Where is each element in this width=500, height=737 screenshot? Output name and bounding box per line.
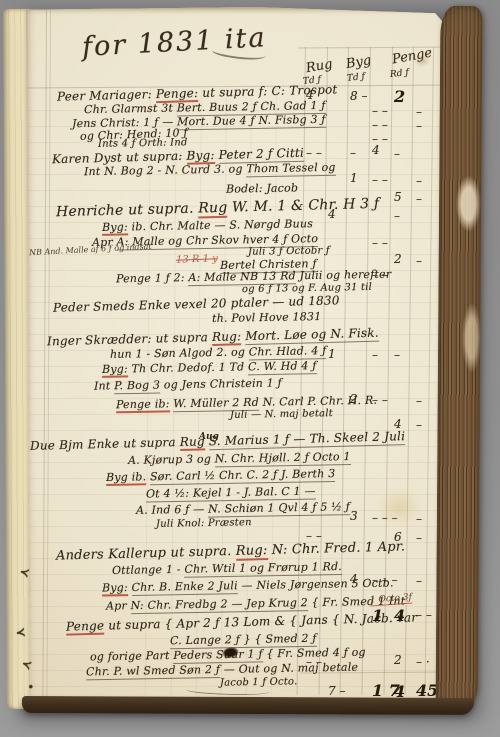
- entry-text: N. Carl P. Chr. H. R.: [259, 394, 377, 409]
- ledger-book: for 1831 ita 74 Rug Byg Penge Td ƒ Td ƒ …: [0, 0, 500, 737]
- ledger-entry-line: C. Lange 2 ƒ } { Smed 2 ƒ: [170, 632, 317, 648]
- foxing-spot: [414, 55, 430, 67]
- column-amount: – ·: [416, 655, 430, 669]
- column-amount: –: [416, 531, 422, 545]
- ledger-entry-line: th. Povl Hove 1831: [212, 310, 322, 325]
- column-amount: – –: [372, 236, 388, 250]
- entry-text: N. Chr. Hjøll. 2 ƒ Octo 1: [215, 450, 351, 467]
- ledger-entry-line: A. Kjørup 3 og N. Chr. Hjøll. 2 ƒ Octo 1: [128, 450, 351, 467]
- red-underlined-word: Rug:: [212, 329, 242, 346]
- entry-text: th. Povl Hove 1831: [212, 310, 322, 325]
- column-amount: 4: [350, 572, 358, 586]
- ledger-entry-line: Juli — N. maj betalt: [230, 408, 333, 421]
- ledger-entry-line: Ot 4 ½: Kejel 1 - J. Bal. C 1 —: [146, 485, 316, 501]
- column-amount: –: [416, 119, 422, 133]
- column-amount: –: [394, 348, 400, 362]
- column-amount: – –: [306, 146, 322, 160]
- column-amount: 2: [394, 653, 402, 667]
- column-amount: –: [416, 105, 422, 119]
- entry-text: Chr. B. Enke 2 Juli: [131, 579, 237, 596]
- column-units-penge: Rd ƒ: [390, 68, 410, 80]
- entry-text: Mort. Due 4 ƒ N. Fisbg 3 ƒ: [177, 113, 326, 131]
- column-amount: 2: [394, 252, 402, 266]
- aug-superscript-note: Aug: [199, 432, 219, 442]
- entry-text: — Niels Jørgensen 5 Octb.: [238, 576, 394, 592]
- column-amount: 3: [350, 509, 358, 523]
- entry-text: Juli — N. maj betalt: [230, 408, 333, 421]
- paper-stain: [376, 487, 422, 527]
- column-units-byg: Td ƒ: [347, 72, 366, 84]
- entry-text: Chr. P. wl Smed Søn 2 ƒ: [86, 663, 220, 680]
- ledger-entry-line: hun 1 - Søn Algod 2. og Chr. Hlad. 4 ƒ: [110, 344, 327, 361]
- book-bottom-edge: [22, 696, 474, 715]
- column-amount: 4: [328, 207, 336, 221]
- column-amount: –: [372, 348, 378, 362]
- column-amount: –: [394, 209, 400, 223]
- column-amount: – –: [306, 655, 322, 669]
- ledger-entry-line: Byg ib. Sør. Carl ½ Chr. C. 2 ƒ J. Berth…: [106, 467, 336, 484]
- ledger-page: for 1831 ita 74 Rug Byg Penge Td ƒ Td ƒ …: [26, 7, 450, 707]
- photo-background: for 1831 ita 74 Rug Byg Penge Td ƒ Td ƒ …: [0, 0, 500, 737]
- column-amount: 4: [306, 88, 314, 102]
- ledger-entry-line: A. Ind 6 ƒ — N. Schiøn 1 Qvl 4 ƒ 5 ½ ƒ: [136, 500, 350, 517]
- entry-text: Ot 4 ½: Kejel 1 - J. Bal. C 1 —: [146, 485, 316, 503]
- column-amount: –: [416, 574, 422, 588]
- entry-text: C. W. Hd 4 ƒ: [248, 359, 317, 375]
- ledger-entry-line: Ints 4 ƒ Orth: Ind: [98, 137, 188, 150]
- entry-text: Apr: [106, 599, 131, 612]
- ledger-entry-line: Ottlange 1 - Chr. Wtil 1 og Frørup 1 Rd.: [112, 560, 342, 577]
- red-underlined-word: Byg:: [102, 581, 128, 596]
- column-amount: 1: [372, 606, 383, 625]
- column-amount: 5: [394, 190, 402, 204]
- entry-text: Chr. Glarmst 3t: [84, 101, 177, 116]
- ledger-entry-line: Juli Knol: Præsten: [156, 517, 252, 530]
- red-ink-correction: 13 R 1 y: [176, 253, 218, 265]
- column-amount: 6: [394, 530, 402, 544]
- column-amount: 4: [394, 606, 405, 625]
- column-amount: –: [394, 147, 400, 161]
- column-amount: –: [416, 394, 422, 408]
- book-fore-edge: [436, 6, 483, 712]
- column-amount: 7 –: [328, 684, 345, 698]
- entry-text: Thom Tessel og: [246, 161, 335, 178]
- entry-text: Penge 1 ƒ 2:: [116, 271, 189, 285]
- binding-stitch-2: ≺: [15, 625, 26, 639]
- ledger-entry-line: Bodel: Jacob: [226, 181, 298, 195]
- column-amount: 2: [394, 87, 405, 106]
- column-amount: 4: [394, 417, 402, 431]
- entry-text: og forige Part: [90, 649, 174, 663]
- column-amount: 1: [328, 347, 336, 361]
- red-underlined-word: Rug:: [236, 543, 268, 561]
- column-amount: –: [416, 254, 422, 268]
- column-amount: – –: [372, 118, 388, 132]
- entry-text: Chr. Wtil 1 og Frørup 1 Rd.: [184, 560, 342, 578]
- ledger-entry-line: Byg: Th Chr. Dedof. 1 Td C. W. Hd 4 ƒ: [102, 359, 317, 376]
- entry-text: Juli Knol: Præsten: [156, 517, 252, 530]
- column-header-rug: Rug: [305, 57, 334, 76]
- column-amount: –: [416, 174, 422, 188]
- red-underlined-word: Byg ib.: [106, 470, 147, 486]
- column-amount: – – –: [372, 573, 398, 587]
- column-amount: – –: [306, 529, 322, 543]
- red-underlined-word: Penge: [66, 619, 105, 636]
- entry-text: hun 1 - Søn Algod 2. og: [110, 345, 249, 360]
- red-underlined-word: Penge ib:: [116, 397, 170, 413]
- entry-text: Bodel: Jacob: [226, 181, 298, 195]
- entry-text: Int: [94, 379, 114, 392]
- entry-text: A. Kjørup 3 og: [128, 452, 215, 467]
- entry-text: — Out og N. maj betale: [220, 661, 358, 676]
- column-amount: 2: [350, 392, 358, 406]
- column-amount: –: [350, 146, 356, 160]
- column-amount: – –: [372, 173, 388, 187]
- column-amount: –: [416, 418, 422, 432]
- column-amount: –: [416, 192, 422, 206]
- entry-text: Peders Suur 1 ƒ: [173, 647, 263, 664]
- entry-text: N. Schiøn 1 Qvl 4 ƒ 5 ½ ƒ: [208, 500, 350, 517]
- entry-text: A. Ind 6 ƒ —: [136, 503, 208, 517]
- ledger-entry-line: Juli 3 ƒ Octobr ƒ: [248, 245, 330, 257]
- entry-text: Th Chr. Dedof. 1 Td: [128, 360, 248, 375]
- red-underlined-word: Rug: [198, 200, 228, 219]
- column-amount: – –: [416, 608, 432, 622]
- entry-text: N: Chr. Fredbg 2 — Jep Krug 2: [130, 596, 308, 614]
- column-amount: 1: [350, 171, 358, 185]
- entry-text: Ints 4 ƒ Orth: Ind: [98, 137, 188, 150]
- entry-text: P. Bog 3: [114, 378, 160, 394]
- column-amount: 8 –: [350, 89, 367, 103]
- column-amount: – –: [372, 104, 388, 118]
- red-underlined-word: Byg:: [102, 362, 128, 377]
- entry-text: Ottlange 1 -: [112, 563, 185, 577]
- red-underlined-word: Byg:: [102, 220, 128, 235]
- entry-text: og Jens Christein 1 ƒ: [160, 376, 282, 391]
- column-header-byg: Byg: [345, 53, 372, 72]
- entry-text: Juli 3 ƒ Octobr ƒ: [248, 245, 330, 257]
- column-amount: – –: [372, 268, 388, 282]
- column-amount: – –: [372, 393, 388, 407]
- column-amount: 4: [372, 143, 380, 157]
- entry-text: Chr. Hlad. 4 ƒ: [249, 344, 327, 360]
